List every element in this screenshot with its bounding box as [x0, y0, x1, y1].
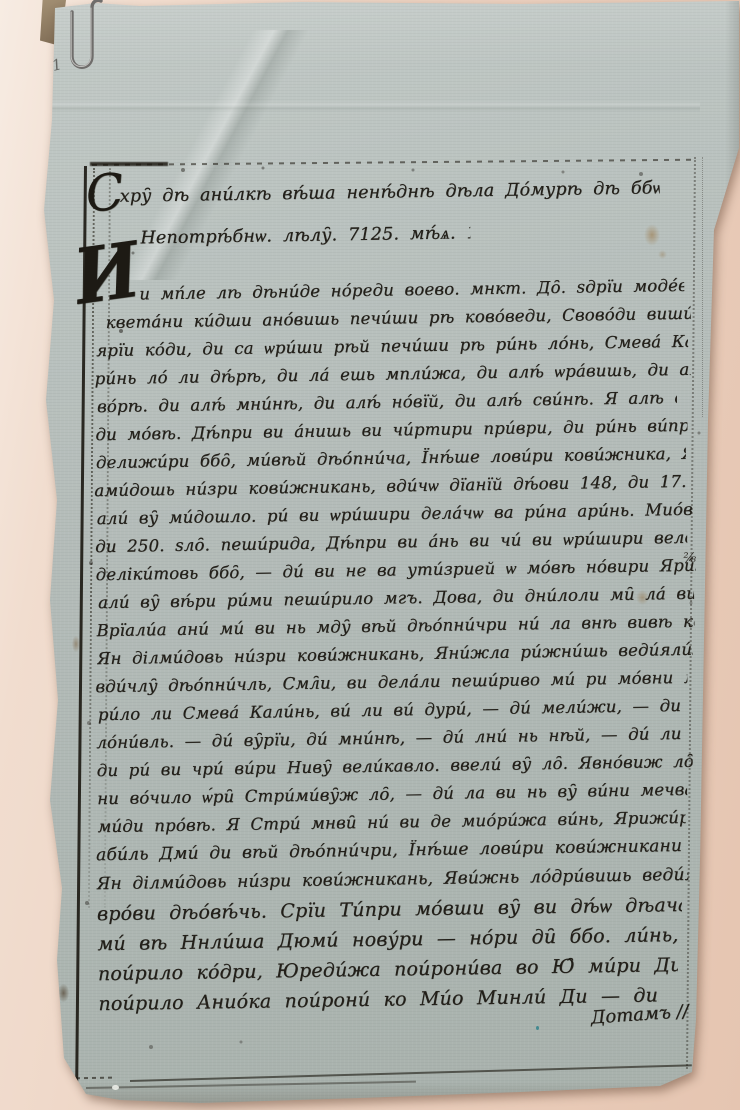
manuscript-line: ами́дошь ни́зри кови́жникань, вди́чѡ дїа…	[94, 472, 690, 501]
archival-photo: С хру̑ дѣ ани́лкѣ вѣ́ша ненѣ́днѣ дѣла До…	[0, 0, 740, 1110]
manuscript-line: пои́рило ко́дри, Юреди́жа пои́рони́ва во…	[98, 954, 678, 985]
manuscript-line: али́ ву̑ ми́дошло. ри́ ви ѡри́шири дела́…	[97, 500, 693, 529]
header-date-line: Непотрѣ́бнѡ. лѣлу̑. 7125. мѣ́ѧ. 12. чу̑ …	[140, 222, 470, 248]
manuscript-line: ди ри́ ви чри́ ви́ри Ниву̑ вели́кавло. в…	[97, 752, 693, 780]
manuscript-sheet: С хру̑ дѣ ани́лкѣ вѣ́ша ненѣ́днѣ дѣла До…	[0, 0, 740, 1110]
manuscript-line: ми́ди про́вѣ. Я Стри́ мнви̑ ни́ ви де ми…	[97, 808, 685, 836]
manuscript-line: ло́ни́вль. — ди́ ву̑рїи, ди́ мни́нѣ, — д…	[96, 724, 688, 753]
paperclip	[58, 0, 110, 90]
manuscript-line: и мп́ле лѣ дѣни́де но́реди воево. мнкт. …	[139, 276, 684, 304]
manuscript-line: во́рѣ. ди алѣ́ мни́нѣ, ди алѣ́ но́вїй, д…	[97, 388, 677, 417]
manuscript-line: ди 250. ѕло̑. пеши́рида, Дѣ́при ви а́нь …	[95, 528, 687, 557]
manuscript-line: квета́ни ки́дши ано́вишь печи́ши рѣ ково…	[106, 304, 691, 332]
manuscript-line: ярїи ко́ди, ди са ѡри́ши рѣй печи́ши рѣ …	[96, 332, 688, 361]
manuscript-line: пои́рило Анио́ка пои́рони́ ко Ми́о Минли…	[98, 984, 658, 1015]
manuscript-line: делижи́ри ббо̑, ми́вѣй дѣо́пни́ча, Їнѣ́ш…	[96, 444, 686, 472]
manuscript-line: Врїали́а ани́ ми́ ви нь мду̑ вѣй дѣо́пни…	[96, 612, 694, 640]
manuscript-line: Ян ділми́довь ни́зри кови́жникань, Яви́ж…	[96, 865, 688, 894]
manuscript-line: ри́ло ли Смева́ Кали́нь, ви́ ли ви́ дури…	[98, 696, 686, 725]
manuscript-sheet-wrap: С хру̑ дѣ ани́лкѣ вѣ́ша ненѣ́днѣ дѣла До…	[0, 0, 740, 1110]
manuscript-line: Ян ділми́довь ни́зри кови́жникань, Яни́ж…	[97, 640, 693, 668]
manuscript-line: аби́ль Дми́ ди вѣй дѣо́пни́чри, Їнѣ́ше л…	[96, 836, 686, 865]
body-initial: И	[69, 225, 145, 323]
manuscript-line: ни во́чило ѡ́ри̑ Стри́ми́ву̑ж ло̑, — ди́…	[97, 780, 687, 809]
header-line: хру̑ дѣ ани́лкѣ вѣ́ша ненѣ́днѣ дѣла До́м…	[120, 177, 660, 206]
handwritten-text-block: С хру̑ дѣ ани́лкѣ вѣ́ша ненѣ́днѣ дѣла До…	[0, 0, 740, 1110]
manuscript-line: вро́ви дѣо́вѣ́чь. Срїи Ти́при мо́вши ву̑…	[97, 894, 682, 926]
manuscript-line: али́ ву̑ вѣ́ри ри́ми пеши́рило мгъ. Дова…	[98, 584, 694, 612]
margin-fraction-note: ²⁄₈	[683, 551, 696, 566]
manuscript-line: ри́нь ло́ ли дѣ́рѣ, ди ла́ ешь мпли́жа, …	[94, 360, 690, 389]
manuscript-line: вди́члу̑ дѣо́пни́чль, Смл̑и, ви дела́ли …	[95, 668, 687, 696]
manuscript-line: ди мо́вѣ. Дѣ́при ви а́нишь ви чи́ртири п…	[95, 416, 687, 444]
ink-speckles	[0, 0, 2, 2]
manuscript-line: деліки́товь ббо̑, — ди́ ви не ва ути́зри…	[95, 556, 695, 585]
manuscript-line: ми́ вѣ Ннли́ша Дюми́ нову́ри — но́ри ди̑…	[97, 924, 682, 955]
